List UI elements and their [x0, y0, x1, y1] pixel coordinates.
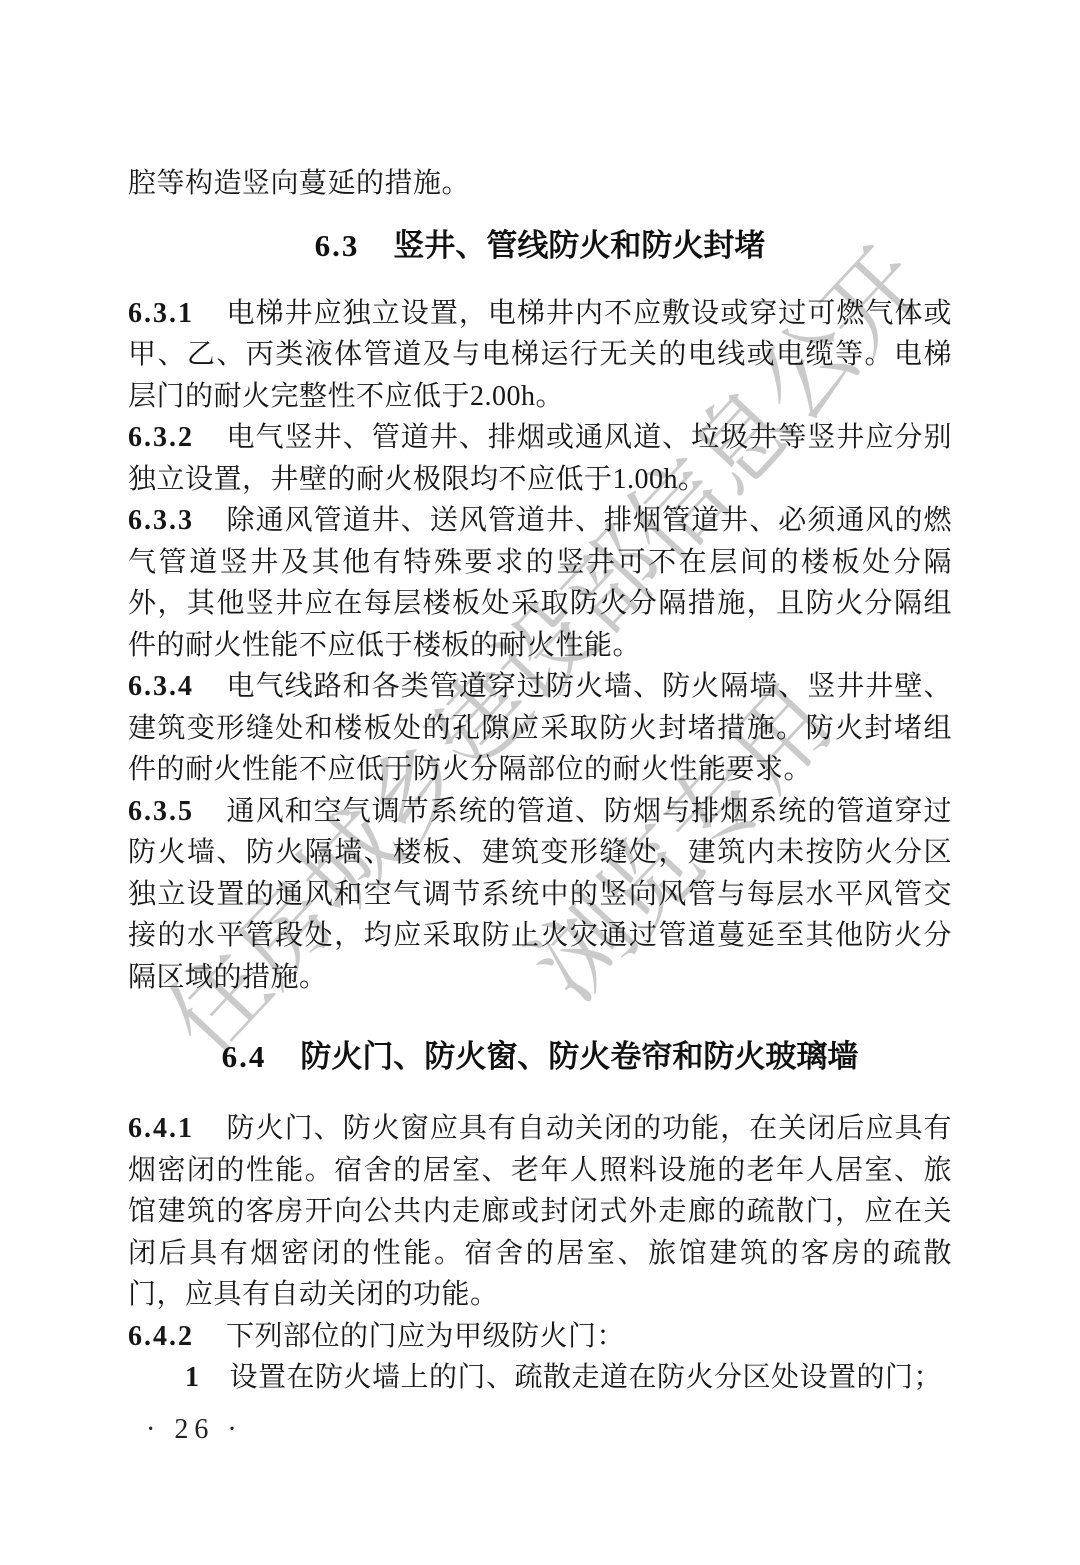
clause-number-6-3-4: 6.3.4 — [128, 671, 194, 702]
clause-6-4-2: 6.4.2下列部位的门应为甲级防火门： — [128, 1316, 952, 1358]
clause-text-6-3-3: 除通风管道井、送风管道井、排烟管道井、必须通风的燃气管道竖井及其他有特殊要求的竖… — [128, 505, 952, 661]
clause-6-3-2: 6.3.2电气竖井、管道井、排烟或通风道、垃圾井等竖井应分别独立设置，井壁的耐火… — [128, 417, 952, 500]
paragraph-continuation: 腔等构造竖向蔓延的措施。 — [128, 163, 952, 205]
clause-number-6-3-5: 6.3.5 — [128, 796, 194, 827]
clause-6-3-3: 6.3.3除通风管道井、送风管道井、排烟管道井、必须通风的燃气管道竖井及其他有特… — [128, 500, 952, 666]
item-text-1: 设置在防火墙上的门、疏散走道在防火分区处设置的门； — [230, 1362, 943, 1393]
section-number-6-3: 6.3 — [315, 228, 360, 263]
section-heading-6-4: 6.4防火门、防火窗、防火卷帘和防火玻璃墙 — [128, 1036, 952, 1078]
clause-6-3-5: 6.3.5通风和空气调节系统的管道、防烟与排烟系统的管道穿过防火墙、防火隔墙、楼… — [128, 791, 952, 999]
section-title-6-3: 竖井、管线防火和防火封堵 — [393, 228, 765, 263]
page-number: · 26 · — [146, 1414, 243, 1446]
clause-text-6-3-2: 电气竖井、管道井、排烟或通风道、垃圾井等竖井应分别独立设置，井壁的耐火极限均不应… — [128, 422, 952, 495]
clause-text-6-4-1: 防火门、防火窗应具有自动关闭的功能，在关闭后应具有烟密闭的性能。宿舍的居室、老年… — [128, 1113, 952, 1310]
clause-6-4-2-item-1: 1设置在防火墙上的门、疏散走道在防火分区处设置的门； — [128, 1357, 952, 1399]
clause-number-6-3-2: 6.3.2 — [128, 422, 194, 453]
clause-6-3-4: 6.3.4电气线路和各类管道穿过防火墙、防火隔墙、竖井井壁、建筑变形缝处和楼板处… — [128, 666, 952, 791]
paragraph-continuation-text: 腔等构造竖向蔓延的措施。 — [128, 168, 470, 199]
clause-6-3-1: 6.3.1电梯井应独立设置，电梯井内不应敷设或穿过可燃气体或甲、乙、丙类液体管道… — [128, 293, 952, 418]
clause-text-6-4-2: 下列部位的门应为甲级防火门： — [226, 1321, 625, 1352]
clause-number-6-4-1: 6.4.1 — [128, 1113, 194, 1144]
item-number-1: 1 — [185, 1362, 200, 1393]
clause-number-6-4-2: 6.4.2 — [128, 1321, 194, 1352]
section-heading-6-3: 6.3竖井、管线防火和防火封堵 — [128, 225, 952, 267]
clause-number-6-3-1: 6.3.1 — [128, 298, 194, 329]
clause-6-4-1: 6.4.1防火门、防火窗应具有自动关闭的功能，在关闭后应具有烟密闭的性能。宿舍的… — [128, 1108, 952, 1316]
document-page: 住房城乡建设部信息公开 浏览专用 腔等构造竖向蔓延的措施。 6.3竖井、管线防火… — [0, 0, 1080, 1565]
clause-text-6-3-4: 电气线路和各类管道穿过防火墙、防火隔墙、竖井井壁、建筑变形缝处和楼板处的孔隙应采… — [128, 671, 952, 785]
section-number-6-4: 6.4 — [222, 1039, 267, 1074]
page-content: 腔等构造竖向蔓延的措施。 6.3竖井、管线防火和防火封堵 6.3.1电梯井应独立… — [128, 163, 952, 1399]
clause-number-6-3-3: 6.3.3 — [128, 505, 194, 536]
section-title-6-4: 防火门、防火窗、防火卷帘和防火玻璃墙 — [300, 1039, 858, 1074]
clause-text-6-3-1: 电梯井应独立设置，电梯井内不应敷设或穿过可燃气体或甲、乙、丙类液体管道及与电梯运… — [128, 298, 952, 412]
clause-text-6-3-5: 通风和空气调节系统的管道、防烟与排烟系统的管道穿过防火墙、防火隔墙、楼板、建筑变… — [128, 796, 952, 993]
